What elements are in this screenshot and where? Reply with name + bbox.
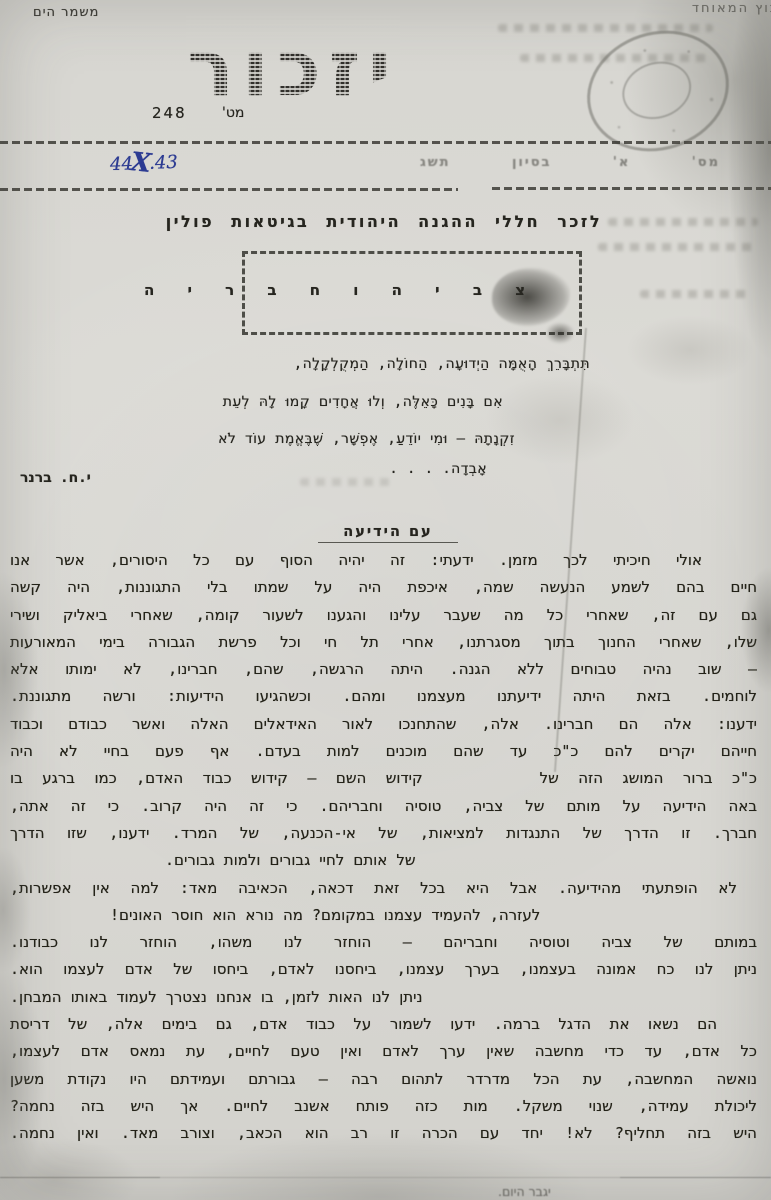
round-ink-stamp <box>571 13 744 170</box>
bleed-through-streak <box>598 243 758 251</box>
memorial-word: יזכור <box>186 14 400 124</box>
body-line: לעזרה, להעמיד עצמנו במקומם? מה נורא הוא … <box>10 902 757 929</box>
body-line: לא הופתעתי מהידיעה. אבל היא בכל זאת דכאה… <box>10 875 757 902</box>
epigraph-line: אָבְדָה. . . . <box>389 461 487 477</box>
bleed-through-date: מס' א' בסיון תשג <box>420 155 720 170</box>
epigraph-signature: י.ח. ברנר <box>20 470 91 486</box>
blue-x-overstrike: X <box>129 147 152 179</box>
body-line: חברך. זו הדרך של התנגדות למציאות, של אי-… <box>10 820 757 847</box>
dashed-rule-second-right <box>492 187 771 190</box>
body-line: של אותם לחיי גבורים ולמות גבורים. <box>10 847 757 874</box>
fold-crease-line <box>0 1177 771 1178</box>
page-title: לזכר חללי ההגנה היהודית בגיטאות פולין <box>168 212 602 231</box>
body-line: לוחמים. בזאת היתה ידיעתנו מעצמנו ומהם. ו… <box>10 683 757 710</box>
memorial-word-art: יזכור <box>186 14 400 132</box>
footer-faint-text: יגבר היום. <box>498 1184 551 1199</box>
body-line: — שוב נהיה טבוחים ללא הגנה. היתה הרגשה, … <box>10 656 757 683</box>
body-line: חיים בהם לשמע הנעשה שמה, איכפת היה על שמ… <box>10 574 757 601</box>
bleed-through-streak <box>520 54 710 62</box>
body-line: נואשה המחשבה, עת הכל מדרדר לתהום רבה — ג… <box>10 1066 757 1093</box>
handwritten-archive-number: 44X.43 <box>109 145 178 177</box>
bleed-through-streak <box>608 218 758 226</box>
bleed-through-streak <box>300 478 390 486</box>
bleed-through-streak <box>640 290 750 298</box>
body-line: באה הידיעה על מותם של צביה, טוסיה וחבריה… <box>10 793 757 820</box>
archive-number-second: .43 <box>149 152 178 174</box>
page-number: 248 <box>152 104 187 122</box>
page-number-label: מט' <box>222 105 244 121</box>
body-line: כ"כ ברור המושג הזה של קידוש השם — קידוש … <box>10 765 757 792</box>
bleed-through-streak <box>498 24 713 32</box>
dashed-rule-second-left <box>0 188 458 191</box>
body-line: ליכולת עמידה, שנוי משקל. מות כזה פותח אש… <box>10 1093 757 1120</box>
body-line: ניתן לנו כח אמונה בעצמנו, בערך עצמנו, בי… <box>10 956 757 983</box>
movement-name: הקבוץ המאוחד <box>692 1 771 16</box>
dashed-rule-top <box>0 141 771 144</box>
body-line: הם נשאו את הדגל ברמה. ידעו לשמור על כבוד… <box>10 1011 757 1038</box>
body-line: אולי חיכיתי לכך מזמן. ידעתי: זה יהיה הסו… <box>10 547 757 574</box>
scanned-memorial-document: { "colors": { "ink": "#26251f", "paper":… <box>0 0 771 1200</box>
body-line: היש בזה תחליף? לא! יחד עם הכרה זו רב הוא… <box>10 1120 757 1147</box>
body-line: ניתן לנו האות לזמן, בו אנחנו נצטרך לעמוד… <box>10 984 757 1011</box>
ink-blot-small <box>545 322 575 344</box>
body-line: חייהם יקרים להם כ"כ עד שהם מוכנים למות ב… <box>10 738 757 765</box>
body-line: גם עם זה, שאחרי כל מה שעבר עלינו והגענו … <box>10 602 757 629</box>
body-line: כל אדם, עד כדי מחשבה שאין ערך לאדם ואין … <box>10 1038 757 1065</box>
epigraph-line: זִקְנָתָהּ — וּמִי יוֹדֵעַ, אֶפְשָׁר, שֶ… <box>218 431 515 447</box>
epigraph-line: תִּתְבָּרֵךְ הָאֻמָּה הַיְדוּעָה, הַחוֹל… <box>294 356 590 372</box>
kibbutz-name: משמר הים <box>33 5 99 20</box>
section-heading: עם הידיעה <box>318 524 458 543</box>
body-line: במותם של צביה וטוסיה וחבריהם — הוחזר לנו… <box>10 929 757 956</box>
body-line: שלו, שאחרי החנוך בתוך מסגרתנו, אחרי תל ח… <box>10 629 757 656</box>
body-text: אולי חיכיתי לכך מזמן. ידעתי: זה יהיה הסו… <box>10 547 757 1148</box>
epigraph-line: אִם בָּנִים כָּאֵלֶּה, וְלוּ אֲחָדִים קָ… <box>223 394 503 410</box>
body-line: ידענו: אלה הם חברינו. אלה, שהתחנכו לאור … <box>10 711 757 738</box>
